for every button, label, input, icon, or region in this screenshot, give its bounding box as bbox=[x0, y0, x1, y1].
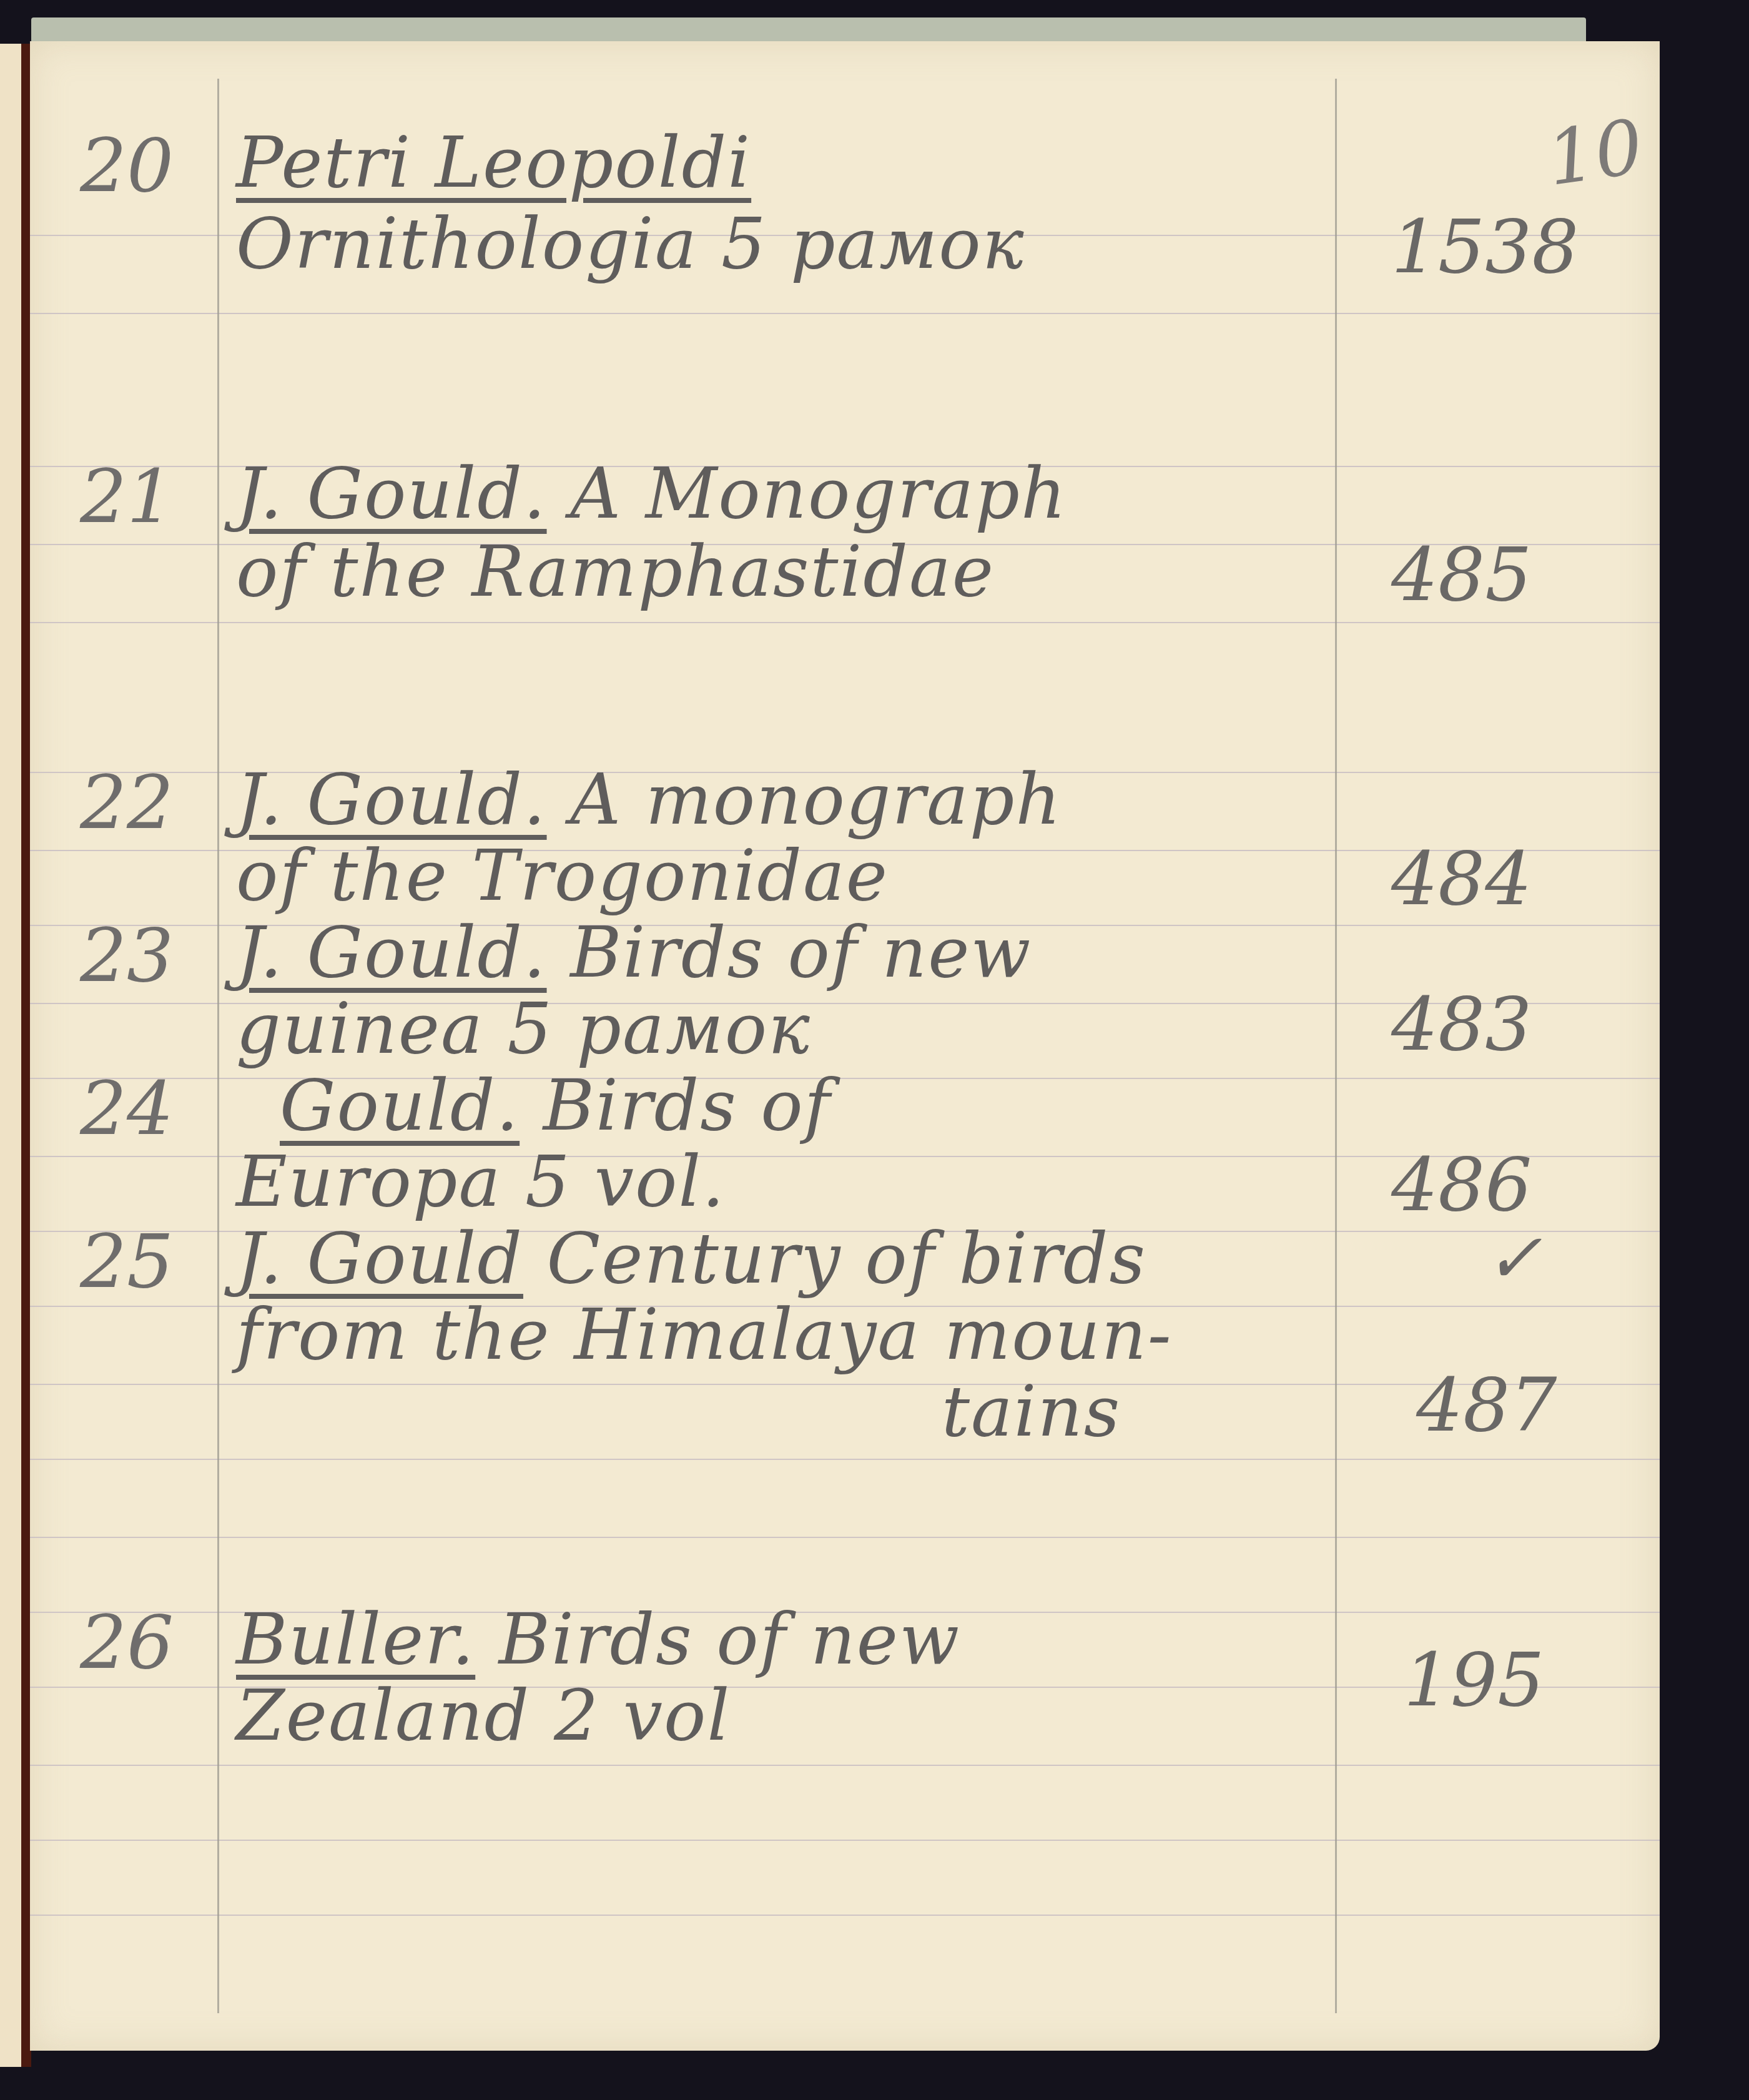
ruled-line bbox=[30, 1537, 1660, 1538]
catalog-number: 487 bbox=[1416, 1362, 1557, 1448]
ruled-line bbox=[30, 1915, 1660, 1916]
entry-number: 25 bbox=[80, 1218, 174, 1304]
page-number: 10 bbox=[1542, 104, 1648, 203]
entry-title-line1: Buller. Birds of new bbox=[236, 1599, 960, 1680]
entry-title-line1: J. Gould. A monograph bbox=[236, 759, 1062, 840]
catalog-number: 195 bbox=[1404, 1637, 1544, 1723]
ruled-line bbox=[30, 1459, 1660, 1460]
catalog-number: 1538 bbox=[1391, 204, 1579, 290]
entry-number: 21 bbox=[80, 453, 174, 540]
ruled-line bbox=[30, 1384, 1660, 1385]
entry-title-line2: guinea 5 рамок bbox=[236, 988, 811, 1070]
entry-title-line2: Ornithologia 5 рамок bbox=[236, 204, 1025, 285]
entry-number: 24 bbox=[80, 1065, 174, 1151]
catalog-number: 485 bbox=[1391, 531, 1532, 618]
entry-number: 20 bbox=[80, 122, 174, 209]
entry-number: 23 bbox=[80, 912, 174, 998]
entry-title-line3: tains bbox=[942, 1371, 1121, 1452]
check-mark-icon: ✓ bbox=[1485, 1218, 1542, 1298]
right-margin-line bbox=[1335, 79, 1337, 2013]
entry-title-line1: J. Gould Century of birds bbox=[236, 1218, 1146, 1299]
left-page-edge bbox=[0, 44, 22, 2067]
ruled-line bbox=[30, 313, 1660, 314]
entry-title-line1: Petri Leopoldi bbox=[236, 122, 751, 204]
entry-title-line1: J. Gould. Birds of new bbox=[236, 912, 1032, 993]
entry-title-line1: Gould. Birds of bbox=[280, 1065, 831, 1146]
notebook-page: 10 20 Petri Leopoldi Ornithologia 5 рамо… bbox=[30, 41, 1660, 2051]
ruled-line bbox=[30, 1840, 1660, 1841]
ruled-line bbox=[30, 622, 1660, 623]
entry-title-line2: from the Himalaya moun- bbox=[236, 1294, 1173, 1376]
entry-number: 22 bbox=[80, 759, 174, 845]
catalog-number: 483 bbox=[1391, 981, 1532, 1067]
entry-title-line1: J. Gould. A Monograph bbox=[236, 453, 1067, 535]
underlying-sheet-edge bbox=[31, 17, 1586, 42]
entry-title-line2: Zealand 2 vol bbox=[236, 1675, 731, 1757]
ruled-line bbox=[30, 1078, 1660, 1079]
ruled-line bbox=[30, 1765, 1660, 1766]
entry-number: 26 bbox=[80, 1599, 174, 1685]
entry-title-line2: of the Trogonidae bbox=[236, 836, 889, 917]
catalog-number: 484 bbox=[1391, 836, 1532, 922]
entry-title-line2: of the Ramphastidae bbox=[236, 531, 995, 613]
left-margin-line bbox=[217, 79, 219, 2013]
catalog-number: 486 bbox=[1391, 1141, 1532, 1228]
entry-title-line2: Europa 5 vol. bbox=[236, 1141, 726, 1223]
